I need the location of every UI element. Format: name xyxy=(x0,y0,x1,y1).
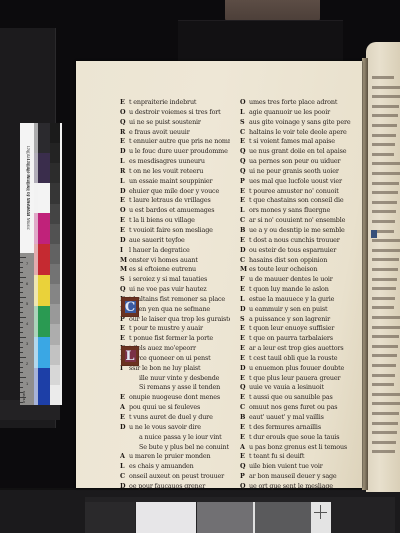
verse-initial: D xyxy=(120,187,129,197)
verse-line: Chasains dist son oppinion xyxy=(240,256,362,266)
verse-initial: C xyxy=(240,216,249,226)
facing-page-text-line xyxy=(372,220,395,223)
verse-text: ui ne peur granis seoth uoier xyxy=(249,167,339,175)
facing-page-text-line xyxy=(372,172,400,175)
verse-initial: E xyxy=(240,236,249,246)
verse-line: Fu de mauuer dentes le uoir xyxy=(240,275,362,285)
verse-text: pou quui ue si feuleves xyxy=(129,403,200,411)
verse-line: Et si voient fames mal apaise xyxy=(240,137,362,147)
facing-page-text-line xyxy=(372,268,398,271)
verse-line: Par bon mauseil deuer y sage xyxy=(240,472,362,482)
verse-text: t vuns auret de duel y dure xyxy=(129,413,213,421)
verse-initial: Q xyxy=(240,462,249,472)
verse-initial: B xyxy=(240,226,249,236)
facing-page-text-line xyxy=(372,278,397,281)
verse-text: un essaie maint souppinier xyxy=(129,177,212,185)
facing-page-text-line xyxy=(372,239,400,242)
verse-line: Ear a leur est trop gies auettors xyxy=(240,344,362,354)
verse-line: Que nus grant doiie en tel apaise xyxy=(240,147,362,157)
top-support-board xyxy=(178,20,343,63)
verse-line: Quuie ve vauia a lesinuoit xyxy=(240,383,362,393)
facing-page-text-line xyxy=(372,431,397,434)
verse-line: Et dost a nous cunchis trouuer xyxy=(240,236,362,246)
verse-text: ors mones y sans fluergne xyxy=(249,206,330,214)
verse-text: t quon luy mande le aslon xyxy=(249,285,329,293)
verse-line: Se bute y plus bel ne conuint xyxy=(120,443,230,453)
verse-text: t ilels auez mo'epeorr xyxy=(129,344,196,352)
verse-initial: P xyxy=(240,177,249,187)
verse-line: Dehuier que mile doer y vouce xyxy=(120,187,230,197)
gray-step xyxy=(50,345,60,366)
verse-line: Ou destroir voiemes si tres fort xyxy=(120,108,230,118)
gray-step xyxy=(50,163,60,184)
verse-text: estue la mauuece y la gurie xyxy=(249,295,334,303)
verse-text: es si eftoiene eutrenu xyxy=(129,265,196,273)
verse-text: t aussi que ou sanuible pas xyxy=(249,393,333,401)
verse-line: Lors mones y sans fluergne xyxy=(240,206,362,216)
registration-crosshair-icon xyxy=(311,502,331,533)
verse-line: Sa puissance y son lagrenir xyxy=(240,315,362,325)
gray-step xyxy=(50,143,60,164)
verse-initial: Q xyxy=(240,167,249,177)
facing-page-text-line xyxy=(372,402,400,405)
verse-line: Et vuns auret de duel y dure xyxy=(120,413,230,423)
facing-page-text-line xyxy=(372,422,398,425)
facing-page-text-line xyxy=(372,364,396,367)
verse-initial: L xyxy=(240,295,249,305)
verse-text: t pouree amuster no' conuoit xyxy=(249,187,339,195)
verse-line: Comuut nos gens furet ou pas xyxy=(240,403,362,413)
verse-text: hasains dist son oppinion xyxy=(249,256,327,264)
verse-text: agie quanuoir ue les pooir xyxy=(249,108,330,116)
verse-line: a nuice passa y le iour vint xyxy=(120,433,230,443)
verse-initial: E xyxy=(120,226,129,236)
verse-line: Quile bien vuient tue voir xyxy=(240,462,362,472)
verse-line: Et que on paurra tarbalaiers xyxy=(240,334,362,344)
verse-initial: Q xyxy=(240,383,249,393)
verse-text: t ennuier autre que pris ne nomme xyxy=(129,137,230,145)
verse-line: Et ennuier autre que pris ne nomme xyxy=(120,137,230,147)
gray-patch xyxy=(85,502,135,533)
verse-line: Mes toute leur ocheison xyxy=(240,265,362,275)
verse-initial: E xyxy=(240,354,249,364)
verse-initial: E xyxy=(240,324,249,334)
facing-page-text-line xyxy=(372,326,400,329)
verse-initial: Q xyxy=(240,157,249,167)
gray-step xyxy=(50,183,60,204)
swatch-cyan xyxy=(38,337,50,368)
swatch-tint-purple xyxy=(34,153,38,183)
verse-initial: L xyxy=(120,157,129,167)
verse-initial: E xyxy=(120,413,129,423)
verse-line: Du eammuir y sen en puist xyxy=(240,305,362,315)
facing-page-text-line xyxy=(372,354,397,357)
facing-page-text-line xyxy=(372,374,395,377)
verse-line: Rt on ne les vouit reteeru xyxy=(120,167,230,177)
verse-text: t pour te mustre y auair xyxy=(129,324,203,332)
verse-text: aue sauerit teyfoe xyxy=(129,236,185,244)
gray-step xyxy=(50,264,60,285)
verse-text: ue ort que sent le mesliage xyxy=(249,482,333,490)
verse-initial: C xyxy=(240,403,249,413)
verse-initial: E xyxy=(240,393,249,403)
verse-line: Et la li biens ou village xyxy=(120,216,230,226)
verse-initial: S xyxy=(120,275,129,285)
verse-text: t teant fu si deuift xyxy=(249,452,304,460)
verse-text: ar si no' couuient no' ensemble xyxy=(249,216,345,224)
illuminated-initial: C xyxy=(121,297,139,317)
verse-initial: Q xyxy=(120,285,129,295)
verse-initial: Q xyxy=(240,147,249,157)
verse-line: Oumes tres forte place adront xyxy=(240,98,362,108)
verse-initial: E xyxy=(120,393,129,403)
facing-page-text-line xyxy=(372,162,400,165)
facing-page-text-line xyxy=(372,297,395,300)
initial-letter: L xyxy=(125,349,134,364)
verse-line: Au pas bonz grenus est li temous xyxy=(240,443,362,453)
verse-initial: E xyxy=(120,324,129,334)
verse-initial: D xyxy=(240,305,249,315)
gray-patch xyxy=(136,502,196,533)
verse-text: u ne le vous savoir dire xyxy=(129,423,201,431)
verse-line: Du le fouc dure uuer proudomme xyxy=(120,147,230,157)
verse-text: ssir le bon ne luy plaist xyxy=(129,364,200,372)
swatch-purple xyxy=(38,153,50,183)
gray-step xyxy=(50,385,60,406)
swatch-red xyxy=(38,244,50,275)
gray-step xyxy=(50,244,60,265)
verse-text: ehuier que mile doer y vouce xyxy=(129,187,219,195)
verse-line: Et quon leur enuoye suffisier xyxy=(240,324,362,334)
verse-line: Et pouree amuster no' conuoit xyxy=(240,187,362,197)
verse-line: Lun essaie maint souppinier xyxy=(120,177,230,187)
verse-line: Pues mal que lucfole uoust vier xyxy=(240,177,362,187)
verse-text: u enuemon plus fouuer doubte xyxy=(249,364,344,372)
verse-initial: E xyxy=(240,423,249,433)
verse-initial: D xyxy=(120,423,129,433)
verse-initial: P xyxy=(240,472,249,482)
verse-initial: E xyxy=(120,196,129,206)
verse-text: uuie ve vauia a lesinuoit xyxy=(249,383,324,391)
gray-step xyxy=(50,224,60,245)
verse-text: u destroir voiemes si tres fort xyxy=(129,108,221,116)
facing-page-text-line xyxy=(372,153,394,156)
verse-initial: E xyxy=(240,187,249,197)
verse-initial: S xyxy=(240,315,249,325)
verse-initial: Q xyxy=(240,482,249,492)
facing-page-text-line xyxy=(372,95,400,98)
verse-text: t vouioit faire son mesliage xyxy=(129,226,213,234)
verse-line: Mes si eftoiene eutrenu xyxy=(120,265,230,275)
page-gutter xyxy=(362,58,368,490)
verse-initial: E xyxy=(120,216,129,226)
facing-page-text-line xyxy=(372,306,394,309)
verse-text: uile bien vuient tue voir xyxy=(249,462,323,470)
gray-step xyxy=(50,284,60,305)
verse-text: u eammuir y sen en puist xyxy=(249,305,327,313)
facing-page-text-line xyxy=(372,105,399,108)
verse-line: Dou esteir de tous esparnuier xyxy=(240,246,362,256)
verse-text: t que plus leur pauera greuer xyxy=(249,374,340,382)
verse-line: Eonupie nuogeuse dont menes xyxy=(120,393,230,403)
verse-initial: A xyxy=(120,452,129,462)
verse-text: eaut' uauet' y mal vaillis xyxy=(249,413,324,421)
facing-page-text-line xyxy=(372,287,396,290)
verse-initial: A xyxy=(240,443,249,453)
verse-text: Se bute y plus bel ne conuint xyxy=(139,443,229,451)
gray-step xyxy=(50,324,60,345)
verse-text: es mesdisagres uuneuru xyxy=(129,157,205,165)
verse-text: t laure letraus de vrillages xyxy=(129,196,211,204)
verse-initial: E xyxy=(240,374,249,384)
verse-line: Daue sauerit teyfoe xyxy=(120,236,230,246)
verse-text: l hauer la degratice xyxy=(129,246,190,254)
verse-text: t ponue fist fermer la porte xyxy=(129,334,213,342)
color-swatches xyxy=(20,123,62,405)
verse-initial: D xyxy=(120,147,129,157)
verse-text: u le fouc dure uuer proudomme xyxy=(129,147,228,155)
verse-text: t dur erouls que soue la tauis xyxy=(249,433,339,441)
swatch-tint-cyan xyxy=(34,337,38,368)
verse-initial: E xyxy=(240,433,249,443)
verse-line: Re fraus avoit ueuuir xyxy=(120,128,230,138)
swatch-blue xyxy=(38,368,50,405)
facing-page-text-line xyxy=(372,134,396,137)
verse-initial: E xyxy=(240,196,249,206)
verse-initial: A xyxy=(120,403,129,413)
verse-text: a puissance y son lagrenir xyxy=(249,315,330,323)
verse-initial: E xyxy=(240,344,249,354)
verse-text: ui ne se puist soustenir xyxy=(129,118,201,126)
verse-text: aus gite voinage y sans gite pere xyxy=(249,118,351,126)
swatch-magenta xyxy=(38,213,50,244)
verse-text: t on ne les vouit reteeru xyxy=(129,167,203,175)
verse-text: t si voient fames mal apaise xyxy=(249,137,335,145)
verse-initial: I xyxy=(120,246,129,256)
verse-line: Lagie quanuoir ue les pooir xyxy=(240,108,362,118)
verse-initial: F xyxy=(240,275,249,285)
verse-line: Qui ne peur granis seoth uoier xyxy=(240,167,362,177)
verse-line: Doe pour faucauos grener xyxy=(120,482,230,492)
verse-text: omuut nos gens furet ou pas xyxy=(249,403,337,411)
facing-page-text-line xyxy=(372,316,400,319)
verse-text: Si remans y asse il tenden xyxy=(139,383,220,391)
verse-line: Et des fermures arnaillis xyxy=(240,423,362,433)
swatch-tint-magenta xyxy=(34,213,38,244)
gray-step xyxy=(50,365,60,386)
verse-line: Bue a y ou desntip ie me semble xyxy=(240,226,362,236)
swatch-white xyxy=(38,183,50,213)
verse-initial: C xyxy=(240,256,249,266)
text-column-right: Oumes tres forte place adrontLagie quanu… xyxy=(240,98,362,492)
verse-line: ille nuur vinte y desbende xyxy=(120,374,230,384)
verse-line: Et dur erouls que soue la tauis xyxy=(240,433,362,443)
verse-line: Si remans y asse il tenden xyxy=(120,383,230,393)
facing-page-text-line xyxy=(372,450,395,453)
verse-line: Chaltains le voir tele deole apere xyxy=(240,128,362,138)
verse-text: t que on paurra tarbalaiers xyxy=(249,334,333,342)
verse-text: t quon leur enuoye suffisier xyxy=(249,324,334,332)
facing-page-text-line xyxy=(372,86,400,89)
swatch-tint-black xyxy=(34,123,38,153)
verse-initial: E xyxy=(120,334,129,344)
verse-line: Et laure letraus de vrillages xyxy=(120,196,230,206)
verse-initial: M xyxy=(120,265,129,275)
verse-text: t haltains fist remoner sa place xyxy=(129,295,225,303)
swatch-tint-white xyxy=(34,183,38,213)
gray-patch xyxy=(255,502,311,533)
verse-line: Monster vi homes auant xyxy=(120,256,230,266)
verse-line: Si seroiez y si mal tauaties xyxy=(120,275,230,285)
swatch-tint-blue xyxy=(34,368,38,405)
verse-text: ua pernes son peur ou uiduer xyxy=(249,157,340,165)
facing-page-text-line xyxy=(372,191,398,194)
verse-text: es chais y amuanden xyxy=(129,462,194,470)
verse-line: Apou quui ue si feuleves xyxy=(120,403,230,413)
gray-step xyxy=(50,204,60,225)
verse-initial: O xyxy=(120,206,129,216)
verse-line: Et quon luy mande le aslon xyxy=(240,285,362,295)
verse-line: Lestue la mauuece y la gurie xyxy=(240,295,362,305)
verse-initial: E xyxy=(240,334,249,344)
verse-text: umes tres forte place adront xyxy=(249,98,337,106)
swatch-green xyxy=(38,306,50,337)
verse-text: i seroiez y si mal tauaties xyxy=(129,275,207,283)
facing-page-text-line xyxy=(372,114,398,117)
verse-text: es toute leur ocheison xyxy=(249,265,317,273)
verse-initial: E xyxy=(120,137,129,147)
verse-initial: L xyxy=(240,108,249,118)
verse-text: ui ne voe pas vuir hautez xyxy=(129,285,206,293)
facing-page-text-line xyxy=(372,412,399,415)
verse-initial: O xyxy=(120,108,129,118)
initial-letter: C xyxy=(125,300,135,315)
facing-page-text-line xyxy=(372,345,398,348)
facing-page-text-line xyxy=(372,393,400,396)
verse-line: Car si no' couuient no' ensemble xyxy=(240,216,362,226)
verse-initial: D xyxy=(120,482,129,492)
verse-text: u est bardos et amuemages xyxy=(129,206,214,214)
verse-initial: D xyxy=(240,364,249,374)
verse-text: t enpraiterie indebrut xyxy=(129,98,196,106)
verse-text: t dost a nous cunchis trouuer xyxy=(249,236,340,244)
verse-text: a nuice passa y le iour vint xyxy=(139,433,222,441)
verse-initial: E xyxy=(240,285,249,295)
text-column-left: Et enpraiterie indebrutOu destroir voiem… xyxy=(120,98,230,492)
verse-text: ar bon mauseil deuer y sage xyxy=(249,472,337,480)
facing-page-text-line xyxy=(372,210,396,213)
verse-text: onster vi homes auant xyxy=(129,256,198,264)
facing-page-text-line xyxy=(372,124,397,127)
verse-text: onupie nuogeuse dont menes xyxy=(129,393,220,401)
verse-initial: L xyxy=(120,177,129,187)
verse-line: Les mesdisagres uuneuru xyxy=(120,157,230,167)
facing-page-text-line xyxy=(372,201,397,204)
verse-text: t que chastains son conseil die xyxy=(249,196,344,204)
verse-text: oe pour faucauos grener xyxy=(129,482,205,490)
verse-initial: O xyxy=(240,98,249,108)
verse-line: Et teant fu si deuift xyxy=(240,452,362,462)
facing-page-text-line xyxy=(372,335,399,338)
verse-line: Et que chastains son conseil die xyxy=(240,196,362,206)
verse-line: Qui ne voe pas vuir hautez xyxy=(120,285,230,295)
verse-initial: B xyxy=(240,413,249,423)
facing-page-text-line xyxy=(372,441,396,444)
gray-step xyxy=(50,304,60,325)
verse-text: ues mal que lucfole uoust vier xyxy=(249,177,342,185)
verse-line: Qua pernes son peur ou uiduer xyxy=(240,157,362,167)
gray-step xyxy=(50,123,60,144)
verse-initial: L xyxy=(240,206,249,216)
verse-line: Et vouioit faire son mesliage xyxy=(120,226,230,236)
verse-initial: Q xyxy=(120,118,129,128)
verse-line: Et enpraiterie indebrut xyxy=(120,98,230,108)
verse-text: ue a y ou desntip ie me semble xyxy=(249,226,345,234)
verse-line: Qui ne se puist soustenir xyxy=(120,118,230,128)
verse-line: Et cest tauil obli que la rouste xyxy=(240,354,362,364)
verse-line: Et ponue fist fermer la porte xyxy=(120,334,230,344)
verse-text: t des fermures arnaillis xyxy=(249,423,321,431)
verse-initial: E xyxy=(120,98,129,108)
facing-page-text-line xyxy=(372,249,400,252)
verse-line: Et aussi que ou sanuible pas xyxy=(240,393,362,403)
facing-page-text-line xyxy=(372,383,394,386)
verse-line: Et pour te mustre y auair xyxy=(120,324,230,334)
verse-text: ue nus grant doiie en tel apaise xyxy=(249,147,346,155)
verse-line: Et que plus leur pauera greuer xyxy=(240,374,362,384)
swatch-black xyxy=(38,123,50,153)
verse-initial: C xyxy=(240,128,249,138)
verse-initial: L xyxy=(120,462,129,472)
verse-initial: E xyxy=(240,452,249,462)
verse-line: Que ort que sent le mesliage xyxy=(240,482,362,492)
swatch-tint-red xyxy=(34,244,38,275)
verse-text: u pas bonz grenus est li temous xyxy=(249,443,347,451)
verse-initial: C xyxy=(120,472,129,482)
verse-initial: S xyxy=(240,118,249,128)
verse-text: haltains le voir tele deole apere xyxy=(249,128,347,136)
swatch-yellow xyxy=(38,275,50,306)
illuminated-initial: L xyxy=(121,346,139,366)
verse-text: ou esteir de tous esparnuier xyxy=(249,246,336,254)
verse-text: ou en yen qua ne sefmane xyxy=(129,305,210,313)
swatch-tint-green xyxy=(34,306,38,337)
verse-text: onseil auxeut on peust trouuer xyxy=(129,472,224,480)
verse-line: Du enuemon plus fouuer doubte xyxy=(240,364,362,374)
verse-line: Ou est bardos et amuemages xyxy=(120,206,230,216)
verse-text: our le laiser qua trop les guraiste xyxy=(129,315,230,323)
facing-page-text-line xyxy=(372,182,399,185)
gray-patch xyxy=(197,502,253,533)
facing-page-text-line xyxy=(372,76,394,79)
verse-line: Saus gite voinage y sans gite pere xyxy=(240,118,362,128)
verse-line: Conseil auxeut on peust trouuer xyxy=(120,472,230,482)
verse-text: t cest tauil obli que la rouste xyxy=(249,354,337,362)
facing-page-text-line xyxy=(372,258,399,261)
verse-line: Beaut' uauet' y mal vaillis xyxy=(240,413,362,423)
verse-text: e fraus avoit ueuuir xyxy=(129,128,190,136)
verse-text: t la li biens ou village xyxy=(129,216,195,224)
verse-line: Il hauer la degratice xyxy=(120,246,230,256)
verse-text: ille nuur vinte y desbende xyxy=(139,374,219,382)
verse-initial: M xyxy=(240,265,249,275)
verse-text: ource quoneer on ui penst xyxy=(129,354,211,362)
facing-page xyxy=(366,42,400,492)
verse-text: u de mauuer dentes le uoir xyxy=(249,275,333,283)
verse-line: Du ne le vous savoir dire xyxy=(120,423,230,433)
verse-initial: R xyxy=(120,128,129,138)
facing-page-text-line xyxy=(372,143,395,146)
